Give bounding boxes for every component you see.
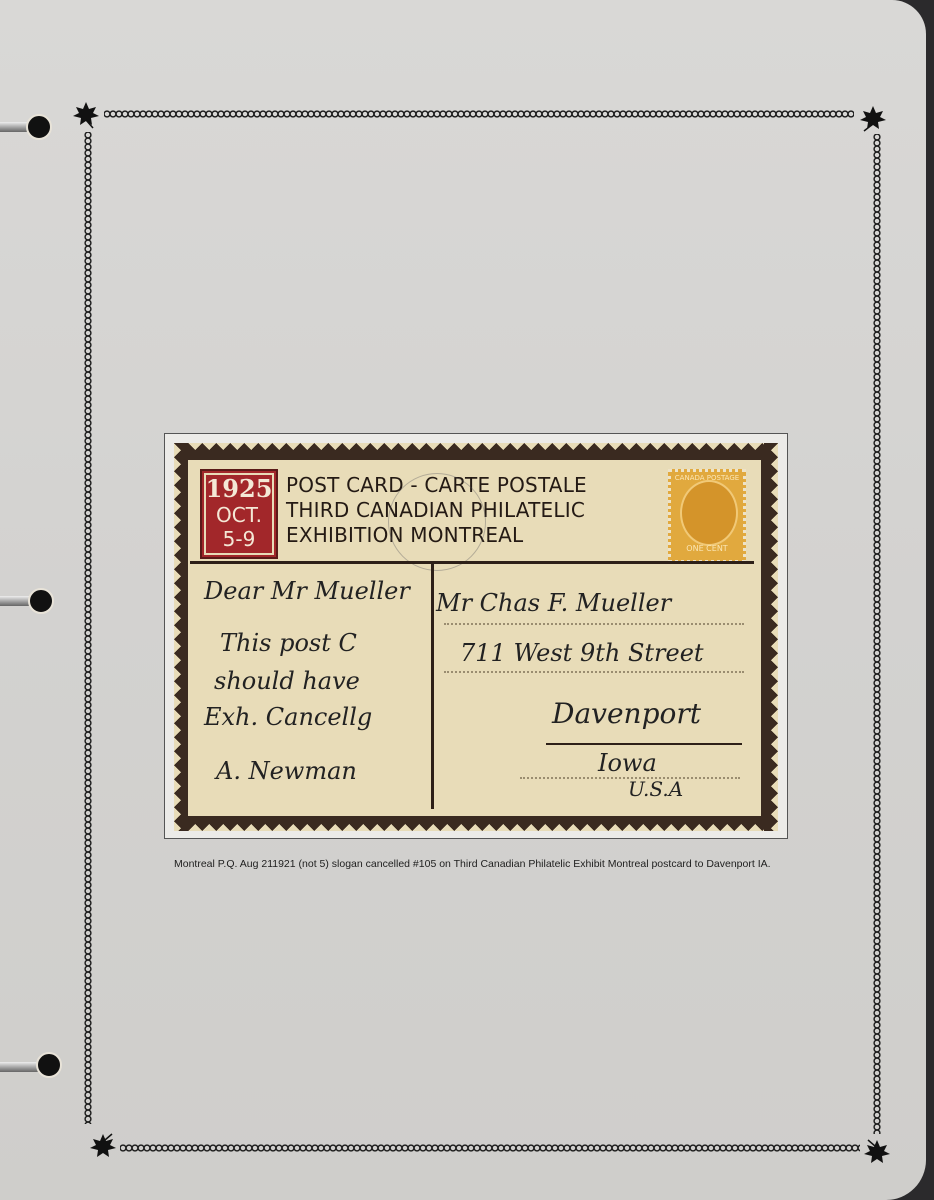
message-line: should have (214, 667, 360, 695)
maple-leaf-icon (862, 1138, 892, 1168)
address-rule (444, 623, 744, 625)
address-rule (444, 671, 744, 673)
date-days: 5-9 (202, 527, 276, 551)
chain-border-bottom (120, 1144, 860, 1152)
address-line: Davenport (552, 697, 701, 730)
address-line: U.S.A (628, 777, 683, 801)
page-caption: Montreal P.Q. Aug 211921 (not 5) slogan … (174, 858, 771, 870)
chain-border-right (873, 134, 881, 1134)
date-year: 1925 (202, 475, 276, 503)
chain-border-top (104, 110, 854, 118)
message-address-divider (431, 563, 434, 809)
chain-border-left (84, 132, 92, 1124)
punch-hole (36, 1052, 62, 1078)
punch-hole (28, 588, 54, 614)
card-border-top (174, 443, 778, 457)
signature: A. Newman (216, 757, 357, 785)
punch-hole (26, 114, 52, 140)
header-divider (190, 561, 754, 564)
maple-leaf-icon (858, 104, 888, 134)
postmark-circle (388, 473, 486, 571)
card-border-right (764, 443, 778, 831)
address-line: Mr Chas F. Mueller (436, 589, 671, 617)
album-page: 1925 OCT. 5-9 POST CARD - CARTE POSTALE … (0, 0, 926, 1200)
postage-stamp: CANADA POSTAGE ONE CENT (668, 469, 746, 563)
stamp-portrait (680, 480, 738, 546)
message-line: Dear Mr Mueller (204, 577, 410, 605)
address-line: Iowa (598, 749, 657, 777)
stamp-value-label: ONE CENT (671, 544, 743, 553)
maple-leaf-icon (71, 100, 101, 130)
address-line: 711 West 9th Street (460, 639, 704, 667)
message-line: This post C (220, 629, 357, 657)
stamp-top-label: CANADA POSTAGE (671, 474, 743, 482)
postcard: 1925 OCT. 5-9 POST CARD - CARTE POSTALE … (174, 443, 778, 831)
exhibition-date-box: 1925 OCT. 5-9 (200, 469, 278, 559)
card-border-bottom (174, 817, 778, 831)
message-line: Exh. Cancellg (204, 703, 372, 731)
maple-leaf-icon (88, 1132, 118, 1162)
davenport-underline (546, 743, 742, 745)
date-month: OCT. (202, 503, 276, 527)
